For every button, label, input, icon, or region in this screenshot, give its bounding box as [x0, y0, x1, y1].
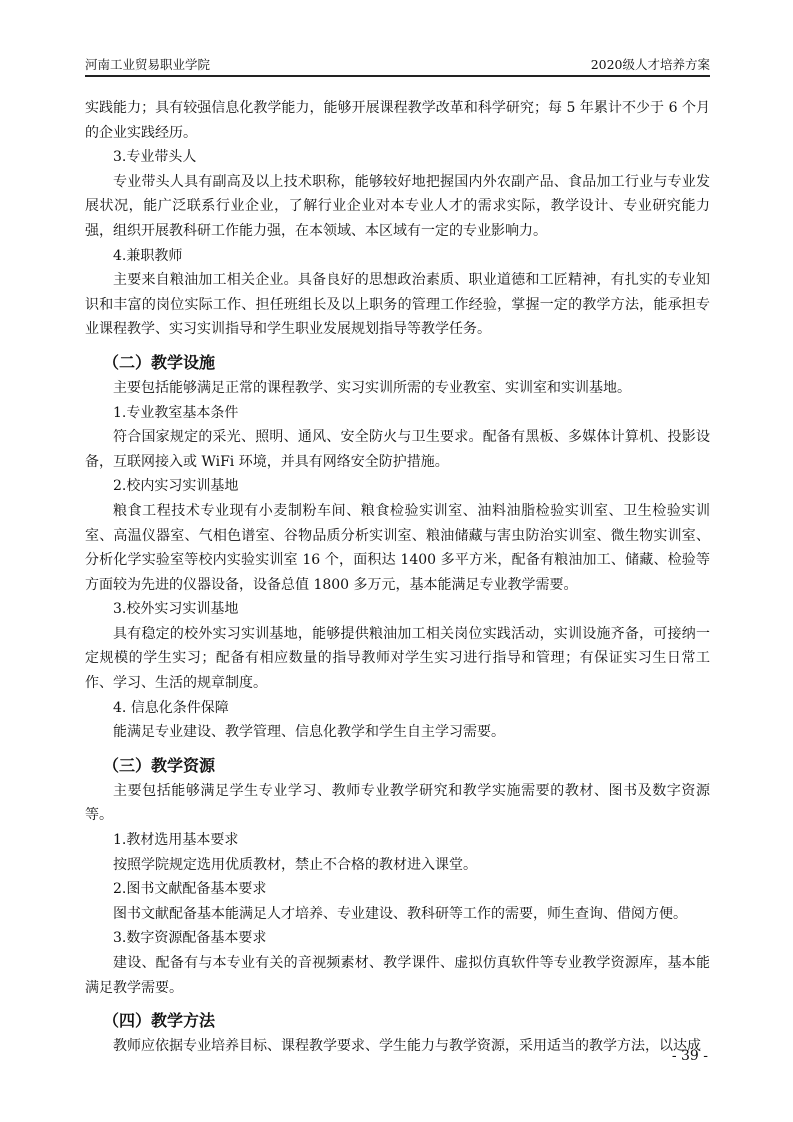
paragraph: 主要包括能够满足学生专业学习、教师专业教学研究和教学实施需要的教材、图书及数字资… — [85, 779, 710, 828]
paragraph: 主要来自粮油加工相关企业。具备良好的思想政治素质、职业道德和工匠精神，有扎实的专… — [85, 268, 710, 342]
paragraph: 图书文献配备基本能满足人才培养、专业建设、教科研等工作的需要，师生查询、借阅方便… — [85, 902, 710, 927]
subsection-heading: 3.专业带头人 — [85, 145, 710, 170]
subsection-heading: 4. 信息化条件保障 — [85, 696, 710, 721]
subsection-heading: 3.校外实习实训基地 — [85, 597, 710, 622]
subsection-heading: 1.教材选用基本要求 — [85, 828, 710, 853]
section-heading: （三）教学资源 — [85, 753, 710, 779]
page-body: 实践能力；具有较强信息化教学能力，能够开展课程教学改革和科学研究；每 5 年累计… — [85, 96, 710, 1059]
paragraph: 粮食工程技术专业现有小麦制粉车间、粮食检验实训室、油料油脂检验实训室、卫生检验实… — [85, 499, 710, 597]
paragraph: 主要包括能够满足正常的课程教学、实习实训所需的专业教室、实训室和实训基地。 — [85, 376, 710, 401]
section-heading: （四）教学方法 — [85, 1008, 710, 1034]
subsection-heading: 4.兼职教师 — [85, 244, 710, 269]
section-heading: （二）教学设施 — [85, 350, 710, 376]
header-school-name: 河南工业贸易职业学院 — [85, 57, 210, 73]
paragraph: 具有稳定的校外实习实训基地，能够提供粮油加工相关岗位实践活动，实训设施齐备，可接… — [85, 622, 710, 696]
paragraph: 教师应依据专业培养目标、课程教学要求、学生能力与教学资源，采用适当的教学方法，以… — [85, 1034, 710, 1059]
paragraph: 符合国家规定的采光、照明、通风、安全防火与卫生要求。配备有黑板、多媒体计算机、投… — [85, 425, 710, 474]
paragraph: 专业带头人具有副高及以上技术职称，能够较好地把握国内外农副产品、食品加工行业与专… — [85, 170, 710, 244]
subsection-heading: 2.图书文献配备基本要求 — [85, 877, 710, 902]
paragraph: 按照学院规定选用优质教材，禁止不合格的教材进入课堂。 — [85, 853, 710, 878]
page-number: - 39 - — [672, 1048, 708, 1064]
subsection-heading: 1.专业教室基本条件 — [85, 401, 710, 426]
header-document-title: 2020级人才培养方案 — [591, 57, 710, 73]
paragraph-continuation: 实践能力；具有较强信息化教学能力，能够开展课程教学改革和科学研究；每 5 年累计… — [85, 96, 710, 145]
subsection-heading: 2.校内实习实训基地 — [85, 474, 710, 499]
paragraph: 建设、配备有与本专业有关的音视频素材、教学课件、虚拟仿真软件等专业教学资源库，基… — [85, 951, 710, 1000]
page-header: 河南工业贸易职业学院 2020级人才培养方案 — [85, 57, 710, 77]
paragraph: 能满足专业建设、教学管理、信息化教学和学生自主学习需要。 — [85, 720, 710, 745]
header-divider — [85, 75, 710, 77]
subsection-heading: 3.数字资源配备基本要求 — [85, 926, 710, 951]
